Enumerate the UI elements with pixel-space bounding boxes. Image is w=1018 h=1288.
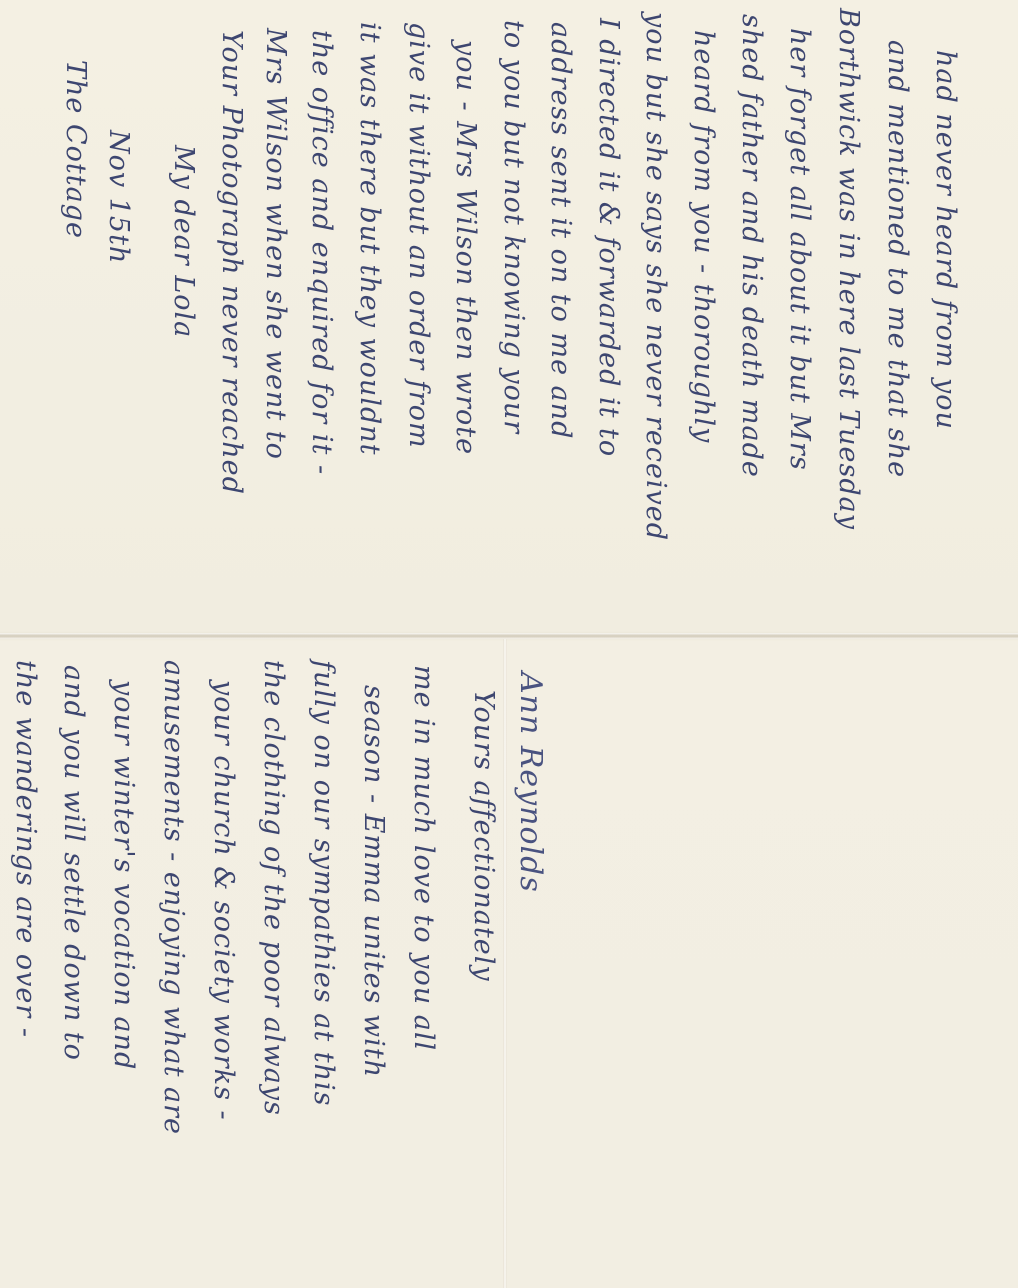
body-line: the clothing of the poor always bbox=[260, 660, 287, 1116]
vertical-fold-crease bbox=[503, 639, 507, 1288]
salutation: My dear Lola bbox=[170, 145, 197, 338]
body-line: Borthwick was in here last Tuesday bbox=[835, 8, 862, 530]
body-line: you - Mrs Wilson then wrote bbox=[452, 40, 479, 455]
body-line: the wanderings are over - bbox=[12, 660, 39, 1038]
body-line: fully on our sympathies at this bbox=[310, 660, 337, 1107]
body-line: your church & society works - bbox=[210, 680, 237, 1121]
body-line: I directed it & forwarded it to bbox=[595, 18, 622, 457]
closing: Yours affectionately bbox=[470, 690, 497, 982]
body-line: amusements - enjoying what are bbox=[160, 660, 187, 1135]
body-line: it was there but they wouldnt bbox=[356, 22, 383, 455]
horizontal-fold-crease bbox=[0, 633, 1018, 639]
body-line: heard from you - thoroughly bbox=[690, 30, 717, 443]
header-date: Nov 15th bbox=[105, 130, 132, 264]
signature: Ann Reynolds bbox=[515, 672, 545, 893]
body-line: shed father and his death made bbox=[738, 14, 765, 478]
body-line: Your Photograph never reached bbox=[218, 30, 245, 495]
header-place: The Cottage bbox=[62, 60, 89, 239]
body-line: and you will settle down to bbox=[60, 665, 87, 1061]
body-line: address sent it on to me and bbox=[547, 22, 574, 439]
body-line: the office and enquired for it - bbox=[308, 30, 335, 475]
body-line: to you but not knowing your bbox=[500, 20, 527, 434]
body-line: her forget all about it but Mrs bbox=[786, 28, 813, 471]
body-line: and mentioned to me that she bbox=[884, 40, 911, 478]
body-line: Mrs Wilson when she went to bbox=[262, 28, 289, 460]
body-line: me in much love to you all bbox=[410, 665, 437, 1051]
body-line: you but she says she never received bbox=[642, 12, 669, 541]
body-line: your winter's vocation and bbox=[110, 680, 137, 1070]
body-line: had never heard from you bbox=[932, 50, 959, 430]
body-line: season - Emma unites with bbox=[360, 685, 387, 1078]
body-line: give it without an order from bbox=[405, 22, 432, 449]
